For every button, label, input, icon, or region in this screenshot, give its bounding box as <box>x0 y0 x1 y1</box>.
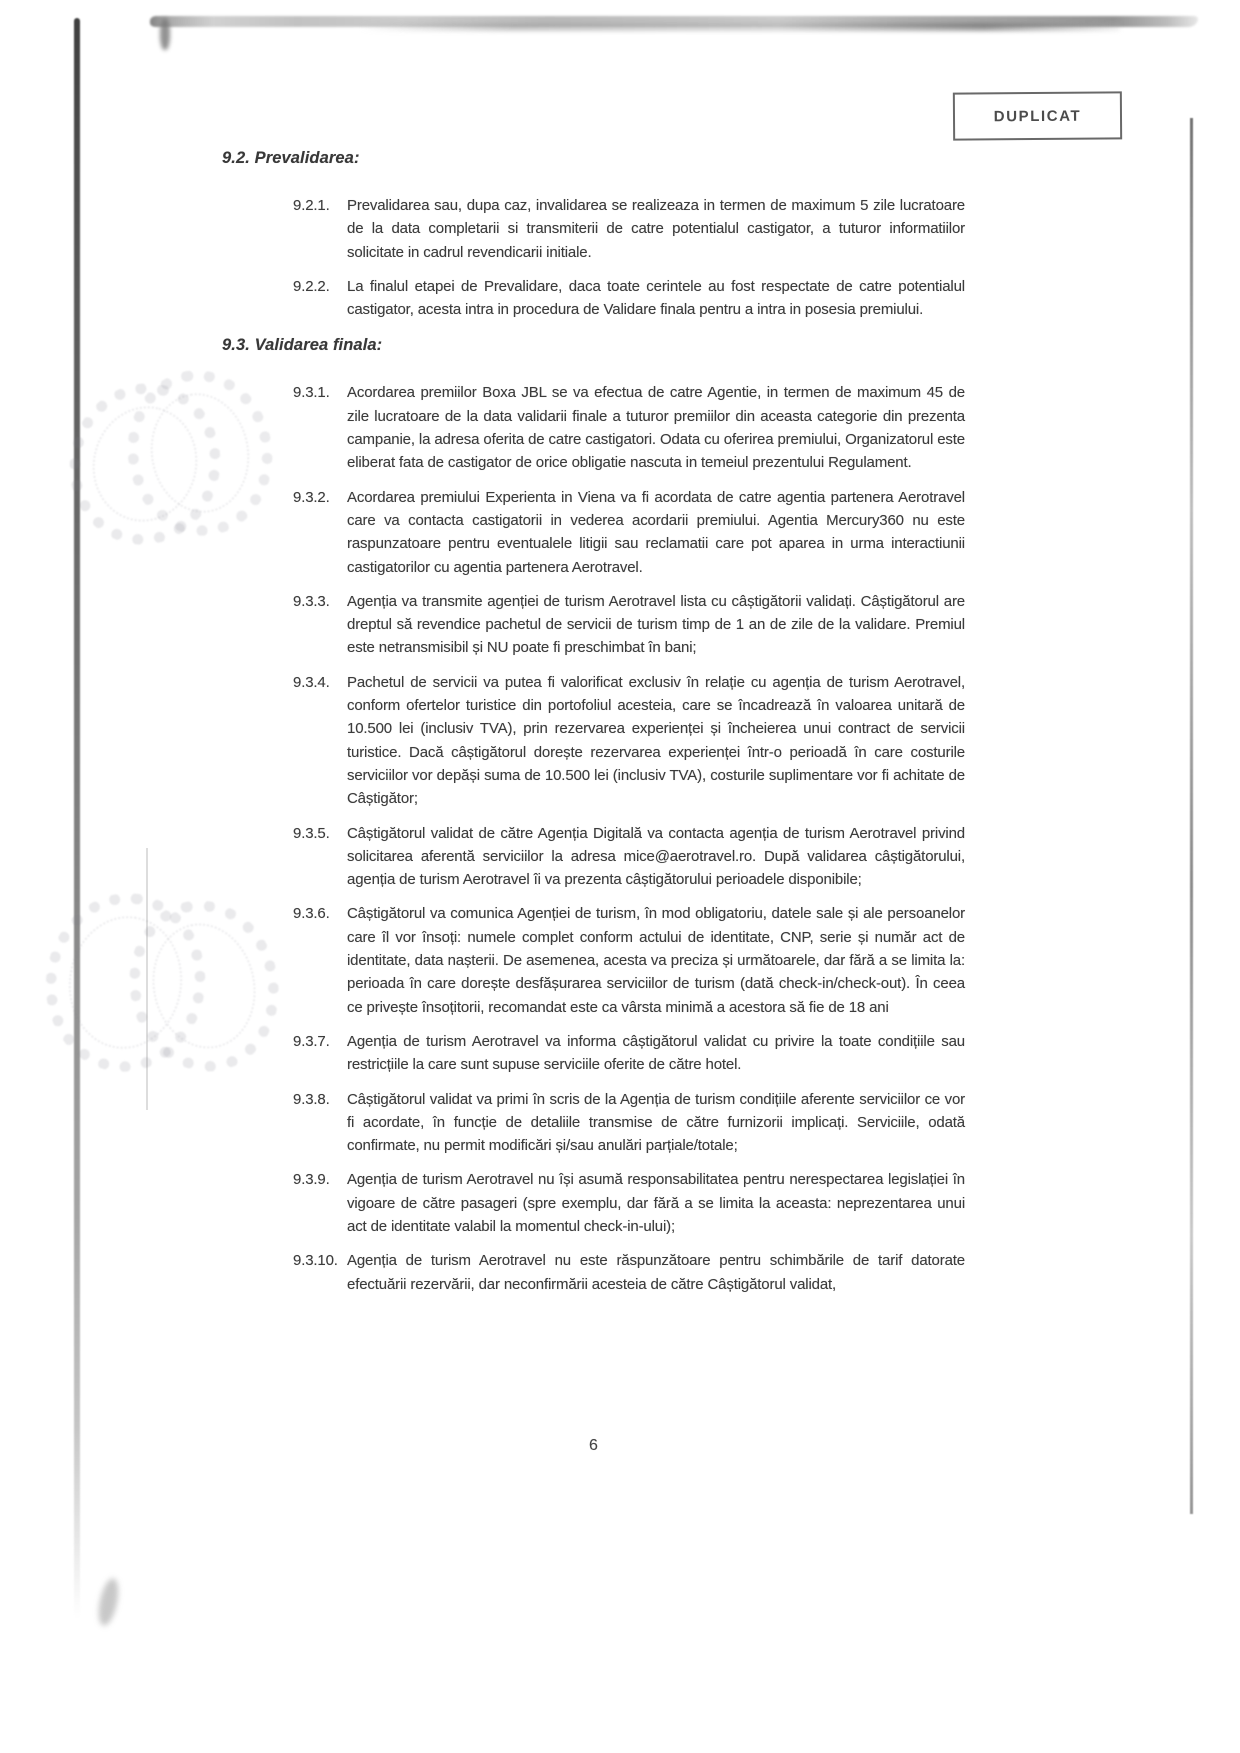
clause-number: 9.3.5. <box>293 822 347 892</box>
clause-item: 9.3.9.Agenția de turism Aerotravel nu îș… <box>222 1168 965 1238</box>
clause-item: 9.2.2.La finalul etapei de Prevalidare, … <box>222 275 965 322</box>
clause-item: 9.3.10.Agenția de turism Aerotravel nu e… <box>222 1249 965 1296</box>
clause-text: La finalul etapei de Prevalidare, daca t… <box>347 275 965 322</box>
section-heading: 9.2. Prevalidarea: <box>222 148 965 168</box>
scan-left-edge-line <box>74 18 80 1618</box>
clause-number: 9.3.7. <box>293 1030 347 1077</box>
duplicat-stamp-label: DUPLICAT <box>994 107 1082 125</box>
clause-text: Câștigătorul validat de către Agenția Di… <box>347 822 965 892</box>
clause-number: 9.3.6. <box>293 902 347 1018</box>
clause-number: 9.3.9. <box>293 1168 347 1238</box>
clause-number: 9.2.1. <box>293 194 347 264</box>
clause-item: 9.3.4.Pachetul de servicii va putea fi v… <box>222 671 965 811</box>
clause-number: 9.3.3. <box>293 590 347 660</box>
clause-text: Agenția de turism Aerotravel nu este răs… <box>347 1249 965 1296</box>
clause-item: 9.3.1.Acordarea premiilor Boxa JBL se va… <box>222 381 965 474</box>
clause-item: 9.3.7.Agenția de turism Aerotravel va in… <box>222 1030 965 1077</box>
clause-item: 9.2.1.Prevalidarea sau, dupa caz, invali… <box>222 194 965 264</box>
clause-number: 9.3.8. <box>293 1088 347 1158</box>
clause-item: 9.3.3.Agenția va transmite agenției de t… <box>222 590 965 660</box>
clause-item: 9.3.8.Câștigătorul validat va primi în s… <box>222 1088 965 1158</box>
section: 9.2. Prevalidarea:9.2.1.Prevalidarea sau… <box>222 148 965 321</box>
scan-top-hook-mark <box>160 18 170 50</box>
scan-top-smear-lower <box>360 23 1120 31</box>
clause-number: 9.3.4. <box>293 671 347 811</box>
clause-text: Agenția va transmite agenției de turism … <box>347 590 965 660</box>
clause-text: Agenția de turism Aerotravel nu își asum… <box>347 1168 965 1238</box>
clause-text: Câștigătorul validat va primi în scris d… <box>347 1088 965 1158</box>
clause-text: Câștigătorul va comunica Agenției de tur… <box>347 902 965 1018</box>
clause-number: 9.3.2. <box>293 486 347 579</box>
clause-text: Prevalidarea sau, dupa caz, invalidarea … <box>347 194 965 264</box>
clause-item: 9.3.6.Câștigătorul va comunica Agenției … <box>222 902 965 1018</box>
duplicat-stamp-box: DUPLICAT <box>953 91 1122 140</box>
section-heading: 9.3. Validarea finala: <box>222 335 965 355</box>
clause-text: Acordarea premiilor Boxa JBL se va efect… <box>347 381 965 474</box>
clause-text: Agenția de turism Aerotravel va informa … <box>347 1030 965 1077</box>
clause-number: 9.3.10. <box>293 1249 347 1296</box>
page-number: 6 <box>222 1437 965 1455</box>
clause-item: 9.3.2.Acordarea premiului Experienta in … <box>222 486 965 579</box>
document-content: 9.2. Prevalidarea:9.2.1.Prevalidarea sau… <box>222 148 965 1307</box>
clause-item: 9.3.5.Câștigătorul validat de către Agen… <box>222 822 965 892</box>
scan-right-edge-line <box>1190 118 1193 1514</box>
clause-number: 9.3.1. <box>293 381 347 474</box>
clause-text: Acordarea premiului Experienta in Viena … <box>347 486 965 579</box>
scan-bottom-smudge <box>95 1577 122 1627</box>
clause-number: 9.2.2. <box>293 275 347 322</box>
clause-text: Pachetul de servicii va putea fi valorif… <box>347 671 965 811</box>
scanned-document-page: DUPLICAT 9.2. Prevalidarea:9.2.1.Prevali… <box>0 0 1240 1753</box>
section: 9.3. Validarea finala:9.3.1.Acordarea pr… <box>222 335 965 1295</box>
